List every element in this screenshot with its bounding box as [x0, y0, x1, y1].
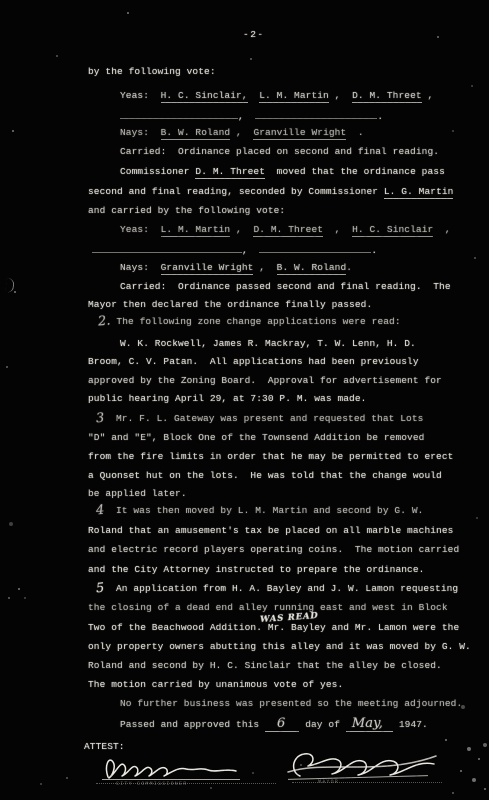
underlined-name: L. M. Martin [161, 224, 231, 237]
item-number: 2. [98, 316, 111, 326]
text-segment: 1947. [393, 719, 428, 730]
text-segment: Yeas: [120, 90, 161, 101]
scan-noise-speckles [0, 0, 2, 2]
blank-rule [255, 109, 377, 119]
text-segment: Two of the Beachwood Addition. [88, 622, 262, 633]
text-segment: , [329, 90, 352, 101]
text-line: Yeas: L. M. Martin , D. M. Threet , H. C… [120, 224, 451, 235]
signature-rule [102, 779, 240, 780]
underlined-name: Granville Wright [253, 127, 346, 140]
signer-title-left: City Commissioner [116, 781, 187, 787]
text-line: and electric record players operating co… [88, 544, 459, 555]
text-line: 4 It was then moved by L. M. Martin and … [96, 505, 423, 516]
text-segment: , [230, 224, 253, 235]
text-line: Two of the Beachwood Addition.WAS READ M… [88, 622, 459, 633]
text-segment: , [433, 224, 450, 235]
text-segment: , [230, 127, 253, 138]
text-line: be applied later. [88, 488, 187, 499]
signature-rule-residue [292, 782, 442, 783]
signer-title-right: Mayor [318, 779, 339, 785]
text-line: W. K. Rockwell, James R. Mackray, T. W. … [120, 338, 416, 349]
attest-label: ATTEST: [84, 741, 125, 752]
text-segment: It was then moved by L. M. Martin and se… [104, 505, 423, 516]
text-line: a Quonset hut on the lots. He was told t… [88, 470, 442, 481]
text-segment: Mr. F. L. Gateway was present and reques… [104, 413, 423, 424]
text-line: No further business was presented so the… [120, 698, 462, 709]
text-line: 5 An application from H. A. Bayley and J… [96, 583, 458, 594]
item-number: 5 [96, 584, 105, 594]
underlined-name: H. C. Sinclair, [161, 90, 248, 103]
text-line: 3 Mr. F. L. Gateway was present and requ… [96, 413, 423, 424]
page-number: -2- [243, 29, 265, 40]
scanned-document-page: -2- by the following vote: Yeas: H. C. S… [0, 0, 489, 800]
text-line: Broom, C. V. Patan. All applications had… [88, 356, 419, 367]
underlined-name: Granville Wright [161, 262, 254, 275]
text-line: Nays: B. W. Roland , Granville Wright . [120, 127, 364, 138]
underlined-name: L. M. Martin [259, 90, 329, 103]
item-number: 3 [96, 414, 105, 424]
text-segment: , [253, 262, 276, 273]
text-line: Carried: Ordinance placed on second and … [120, 146, 439, 157]
text-segment: , [242, 245, 259, 256]
text-line: Roland and second by H. C. Sinclair that… [88, 660, 442, 671]
text-line: and carried by the following vote: [88, 205, 285, 216]
text-line: Carried: Ordinance passed second and fin… [120, 281, 451, 292]
text-line: from the fire limits in order that he ma… [88, 451, 453, 462]
text-segment: Commissioner [120, 166, 195, 177]
text-line: 2. The following zone change application… [98, 316, 401, 327]
text-segment: Nays: [120, 262, 161, 273]
text-segment: . [346, 262, 352, 273]
text-segment: . [346, 127, 363, 138]
text-segment: . [371, 245, 377, 256]
text-line: second and final reading, seconded by Co… [88, 186, 453, 197]
text-segment: , [422, 90, 434, 101]
item-number: 4 [96, 506, 105, 516]
text-line: The motion carried by unanimous vote of … [88, 679, 343, 690]
text-line: Passed and approved this 6 day of May, 1… [120, 716, 428, 731]
underlined-name: B. W. Roland [277, 262, 347, 275]
handwritten-day: 6 [265, 716, 299, 732]
underlined-name: D. M. Threet [253, 224, 323, 237]
text-line: by the following vote: [88, 66, 216, 77]
text-segment: , [323, 224, 352, 235]
underlined-name: L. G. Martin [384, 186, 454, 199]
text-segment: Mr. Bayley and Mr. Lamon were the [262, 622, 459, 633]
text-line: public hearing April 29, at 7:30 P. M. w… [88, 393, 366, 404]
margin-mark [5, 278, 15, 294]
underlined-name: B. W. Roland [161, 127, 231, 140]
text-segment: Yeas: [120, 224, 161, 235]
text-segment: second and final reading, seconded by Co… [88, 186, 384, 197]
text-segment [248, 90, 260, 101]
text-line: approved by the Zoning Board. Approval f… [88, 375, 442, 386]
blank-rule [120, 109, 238, 119]
text-segment: moved that the ordinance pass [265, 166, 445, 177]
text-line: Commissioner D. M. Threet moved that the… [120, 166, 445, 177]
underlined-name: D. M. Threet [352, 90, 422, 103]
blank-signature-line: , . [92, 243, 377, 256]
text-line: "D" and "E", Block One of the Townsend A… [88, 432, 424, 443]
blank-rule [92, 243, 242, 253]
underlined-name: H. C. Sinclair [352, 224, 433, 237]
text-line: Nays: Granville Wright , B. W. Roland. [120, 262, 352, 273]
text-segment: day of [299, 719, 345, 730]
text-line: Roland that an amusement's tax be placed… [88, 525, 453, 536]
underlined-name: D. M. Threet [195, 166, 265, 179]
blank-signature-line: , . [120, 109, 383, 122]
text-line: only property owners abutting this alley… [88, 641, 471, 652]
text-line: the closing of a dead end alley running … [88, 602, 448, 613]
text-line: Mayor then declared the ordinance finall… [88, 299, 372, 310]
handwritten-month: May, [346, 716, 393, 732]
text-segment: , [238, 111, 255, 122]
blank-rule [259, 243, 371, 253]
text-line: Yeas: H. C. Sinclair, L. M. Martin , D. … [120, 90, 433, 101]
text-segment: Nays: [120, 127, 161, 138]
text-segment: The following zone change applications w… [111, 316, 401, 327]
text-segment: Passed and approved this [120, 719, 265, 730]
signature-right-image [286, 748, 438, 786]
text-segment: An application from H. A. Bayley and J. … [104, 583, 458, 594]
text-line: and the City Attorney instructed to prep… [88, 564, 424, 575]
text-segment: . [377, 111, 383, 122]
